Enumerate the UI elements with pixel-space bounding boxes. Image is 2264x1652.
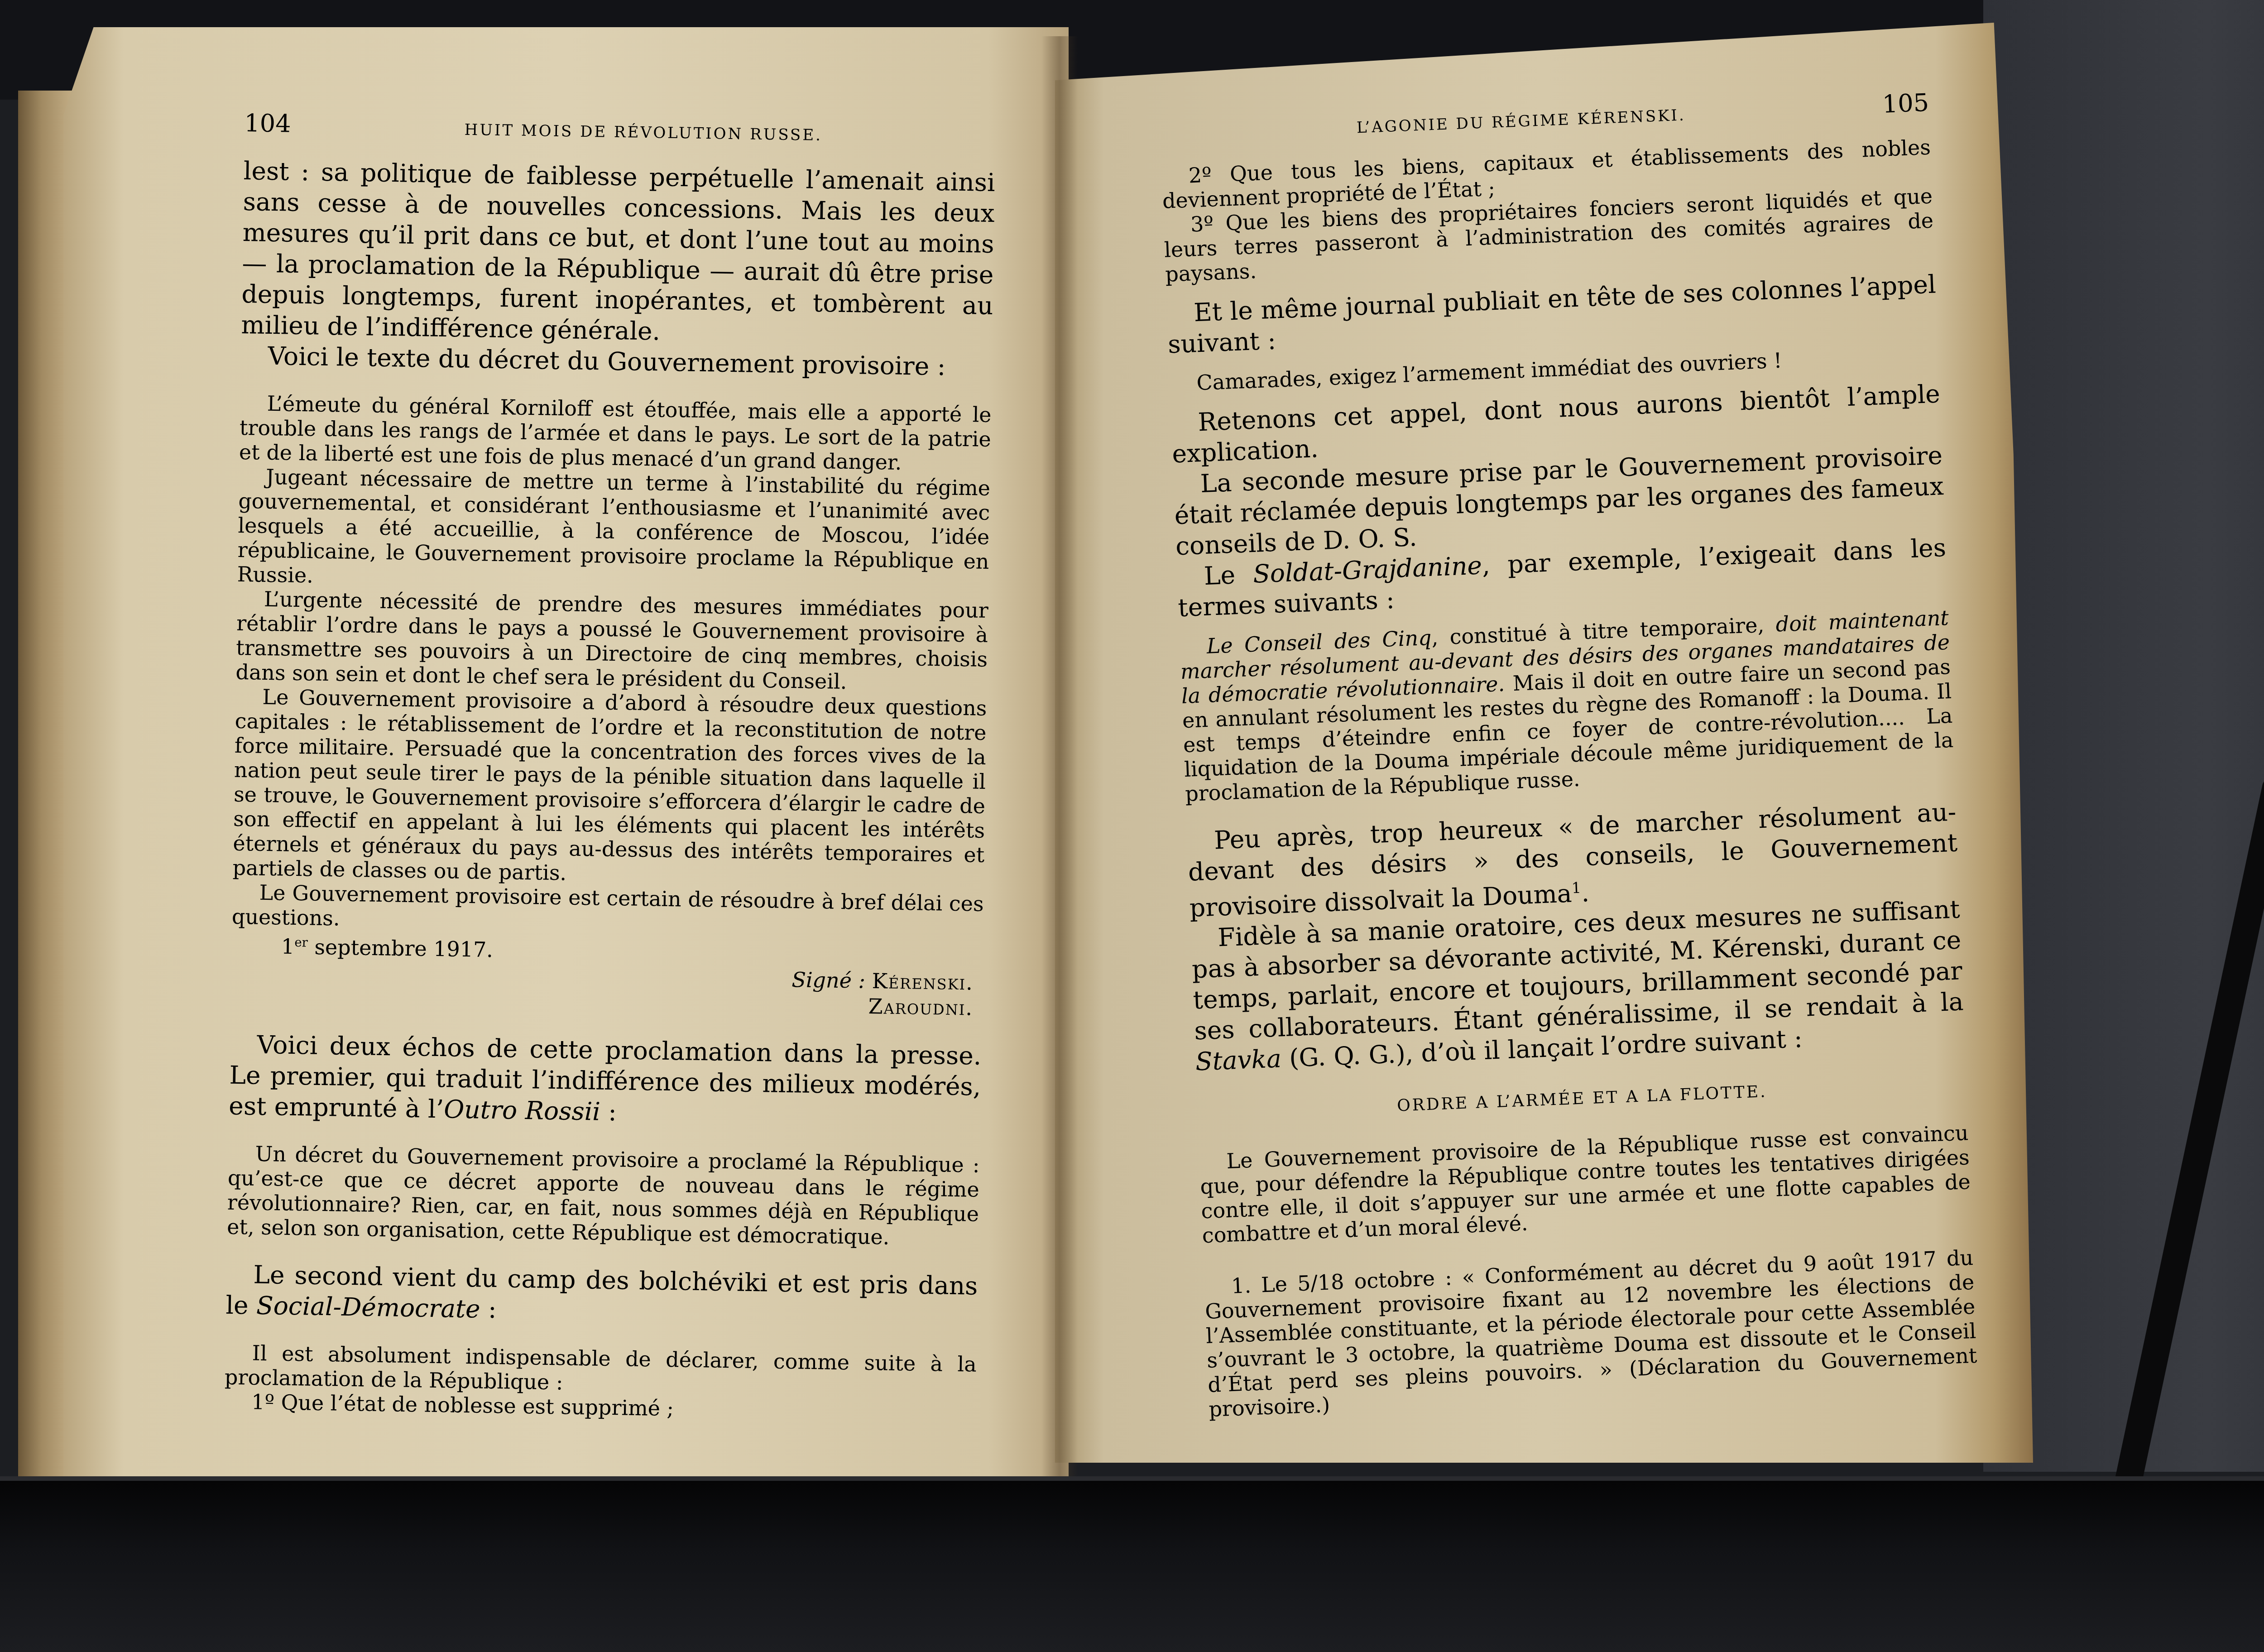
book-gutter (1041, 36, 1078, 1485)
page-number: 105 (1882, 88, 1929, 119)
paragraph: Fidèle à sa manie oratoire, ces deux mes… (1190, 894, 1965, 1077)
running-title: HUIT MOIS DE RÉVOLUTION RUSSE. (291, 118, 996, 147)
decree-paragraph: L’urgente nécessité de prendre des mesur… (235, 586, 988, 696)
decree-block: L’émeute du général Korniloff est étouff… (230, 391, 992, 1021)
footnote-marker: 1 (1571, 879, 1581, 897)
section-heading: Ordre a l’armée et a la flotte. (1197, 1075, 1967, 1123)
signatory: Zaroudni. (868, 994, 973, 1020)
newspaper-title: Social-Démocrate (256, 1291, 481, 1324)
paragraph: lest : sa politique de faiblesse perpétu… (241, 155, 995, 352)
display-case-frame (0, 1481, 2264, 1652)
page-number: 104 (244, 109, 291, 138)
decree-paragraph: L’émeute du général Korniloff est étouff… (239, 391, 992, 476)
newspaper-title: Outro Rossii (444, 1095, 601, 1126)
footnote: 1. Le 5/18 octobre : « Conformément au d… (1204, 1245, 1978, 1421)
left-page-text: 104 HUIT MOIS DE RÉVOLUTION RUSSE. lest … (224, 109, 996, 1426)
decree-paragraph: Le Gouvernement provisoire a d’abord à r… (232, 684, 987, 892)
paragraph: Le second vient du camp des bolchéviki e… (225, 1259, 978, 1332)
press-quote: Un décret du Gouvernement provisoire a p… (227, 1141, 980, 1251)
paragraph: Voici deux échos de cette proclamation d… (229, 1029, 982, 1133)
signed-label: Signé : (791, 968, 865, 994)
council-quote: Le Conseil des Cinq, constitué à titre t… (1179, 605, 1955, 806)
signatory: Kérenski. (872, 969, 974, 995)
right-page-text: 105 L’AGONIE DU RÉGIME KÉRENSKI. 2º Que … (1159, 88, 1978, 1421)
decree-paragraph: Jugeant nécessaire de mettre un terme à … (237, 464, 990, 598)
order-text: Le Gouvernement provisoire de la Républi… (1199, 1120, 1972, 1248)
